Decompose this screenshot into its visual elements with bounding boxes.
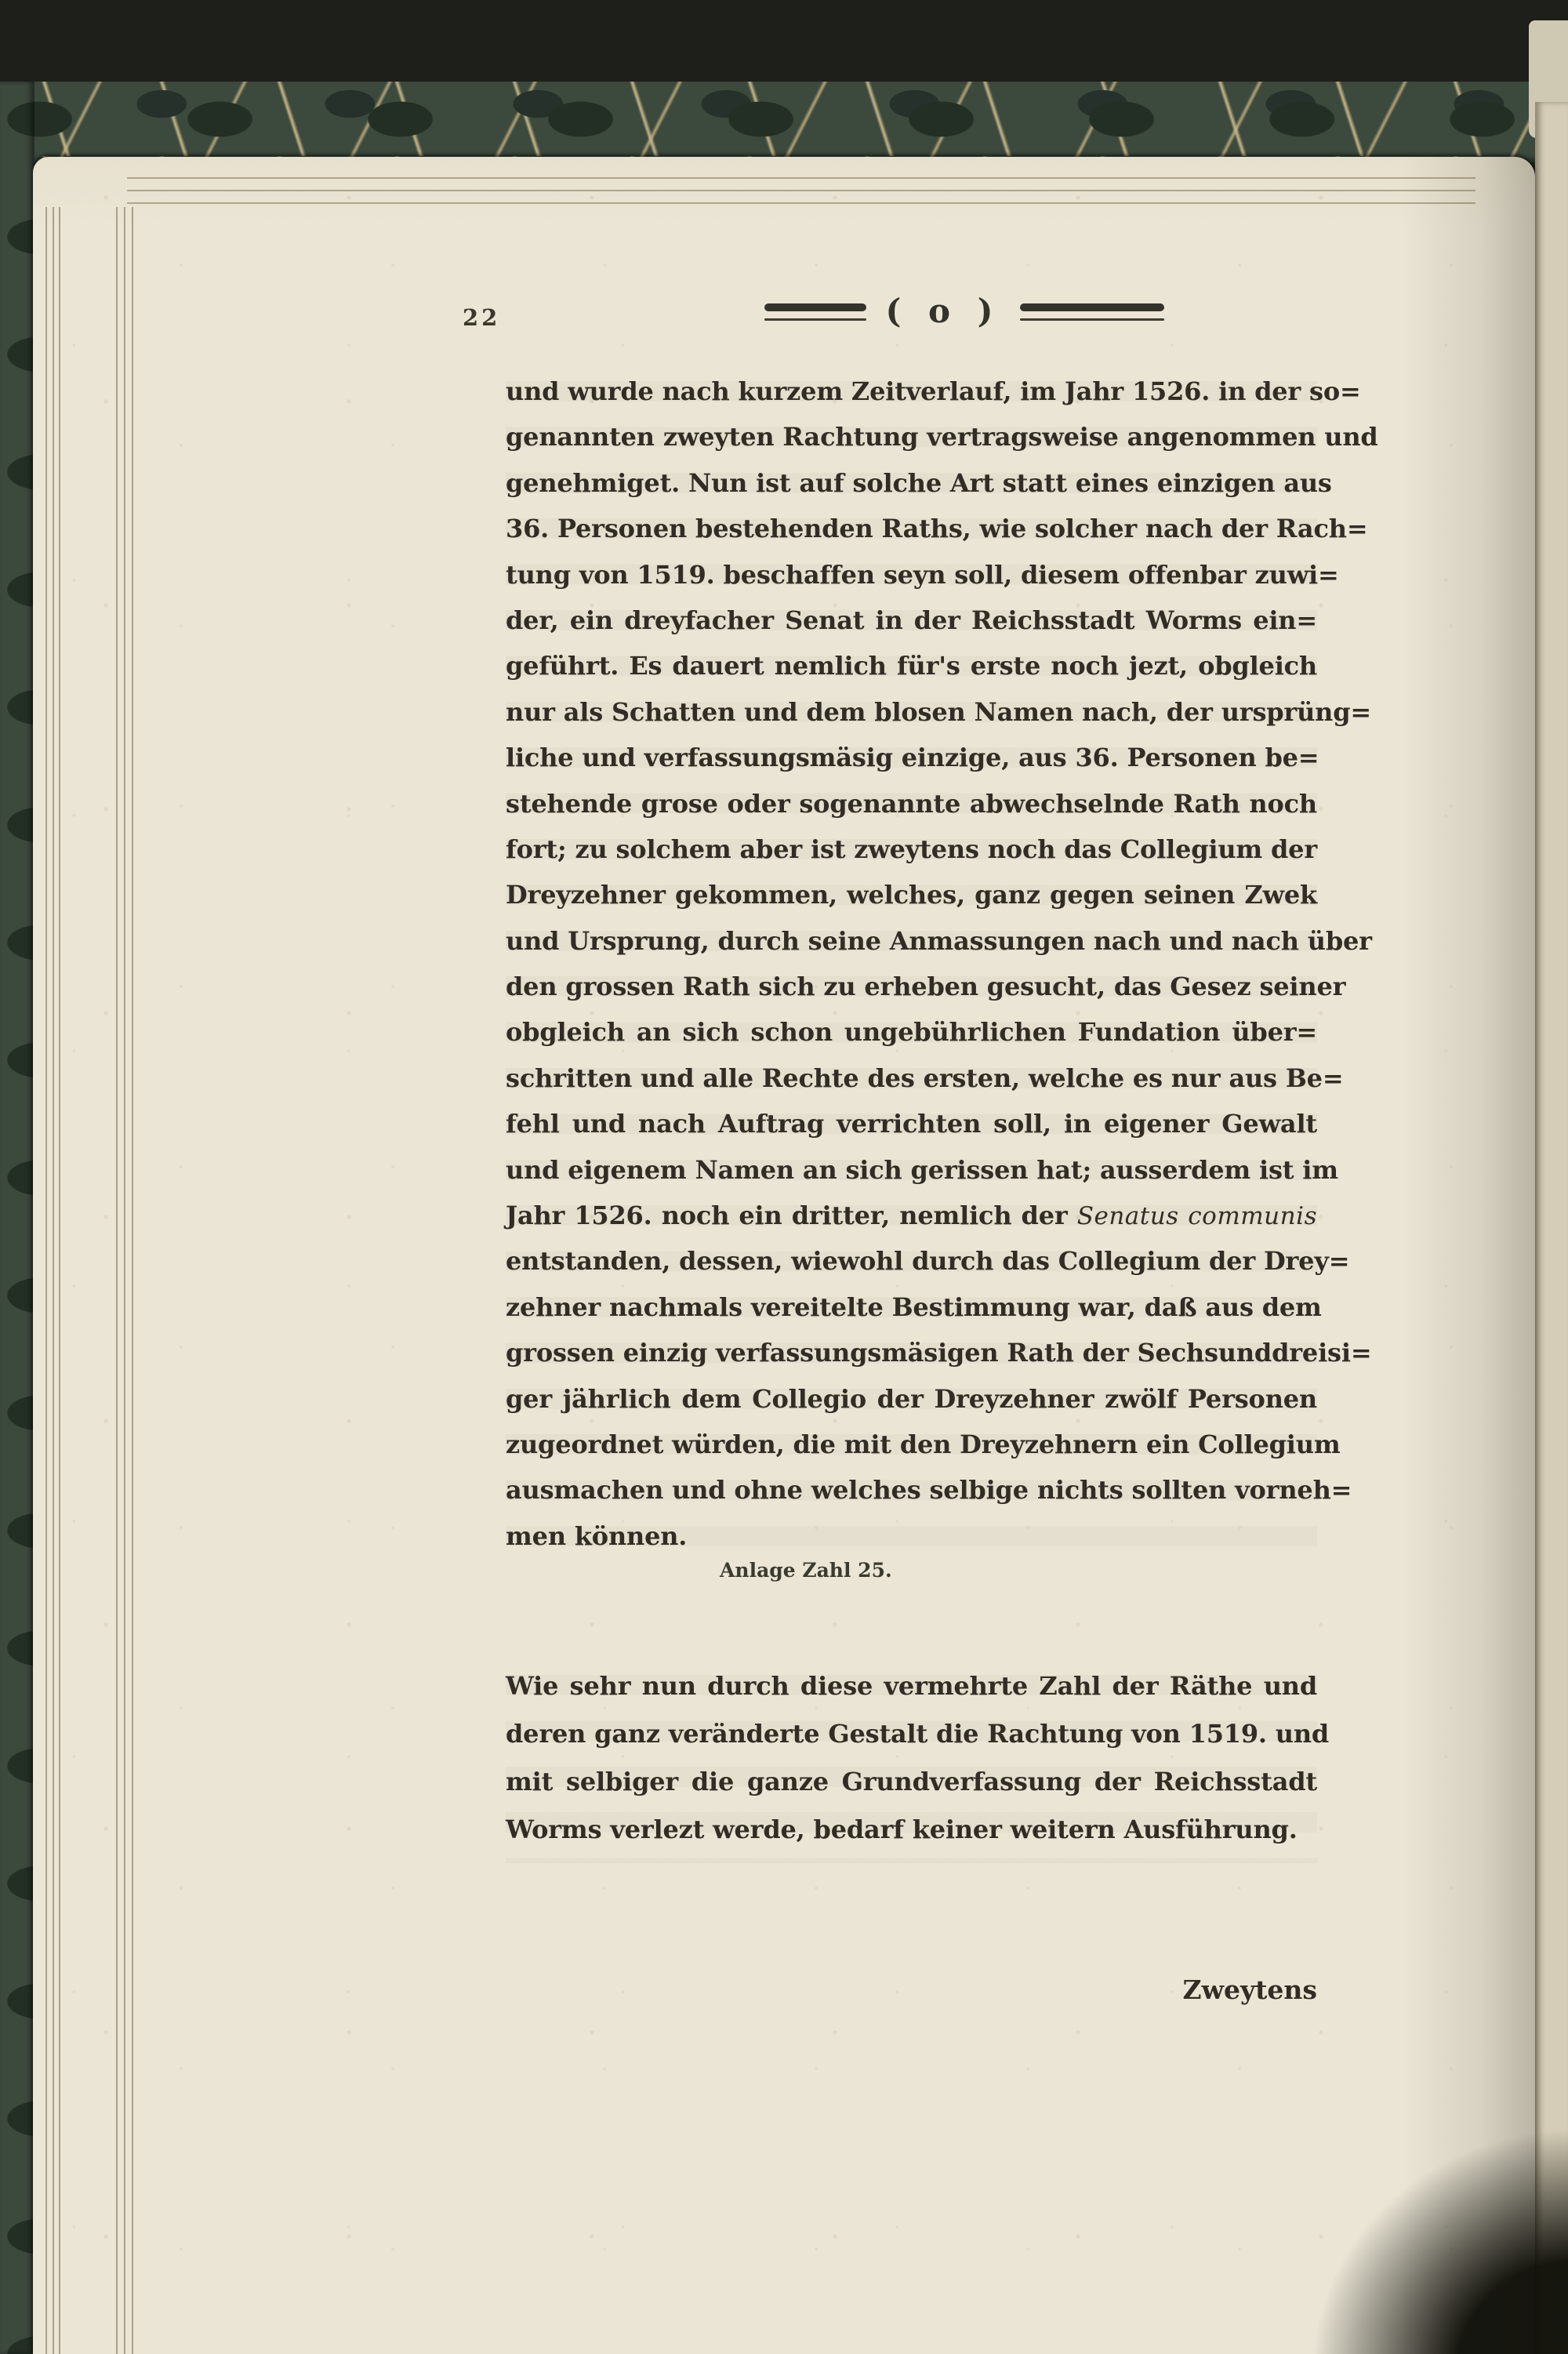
section-note: Anlage Zahl 25. bbox=[720, 1559, 892, 1582]
catchword-row: Zweytens bbox=[506, 1974, 1317, 2005]
text-line: fehl und nach Auftrag verrichten soll, i… bbox=[506, 1101, 1317, 1146]
text-line: ausmachen und ohne welches selbige nicht… bbox=[506, 1467, 1317, 1513]
header-ornament: ( o ) bbox=[764, 289, 1164, 336]
ornament-rules-left bbox=[764, 303, 866, 321]
ornament-rule-thin bbox=[764, 318, 866, 321]
paragraph-1: und wurde nach kurzem Zeitverlauf, im Ja… bbox=[506, 369, 1317, 1559]
text-line: Jahr 1526. noch ein dritter, nemlich der… bbox=[506, 1193, 1317, 1238]
text-line: fort; zu solchem aber ist zweytens noch … bbox=[506, 826, 1317, 872]
ornament-rule-thick bbox=[1020, 303, 1164, 311]
text-line: Dreyzehner gekommen, welches, ganz gegen… bbox=[506, 872, 1317, 917]
text-line: genehmiget. Nun ist auf solche Art statt… bbox=[506, 460, 1317, 506]
text-line: grossen einzig verfassungsmäsigen Rath d… bbox=[506, 1330, 1317, 1375]
text-line: zugeordnet würden, die mit den Dreyzehne… bbox=[506, 1422, 1317, 1467]
next-page-fore-edge bbox=[1535, 102, 1568, 2354]
page-edge-line bbox=[124, 207, 125, 2354]
text-line: ger jährlich dem Collegio der Dreyzehner… bbox=[506, 1376, 1317, 1422]
text-line: genannten zweyten Rachtung vertragsweise… bbox=[506, 414, 1317, 460]
gutter-shadow bbox=[1402, 157, 1535, 2354]
book-cover-edge-top bbox=[0, 82, 1568, 163]
corner-shadow bbox=[1309, 2127, 1568, 2354]
text-line: Worms verlezt werde, bedarf keiner weite… bbox=[506, 1806, 1317, 1854]
text-line: Wie sehr nun durch diese vermehrte Zahl … bbox=[506, 1662, 1317, 1710]
page-edge-line bbox=[59, 207, 60, 2354]
book-page-scan: 22 ( o ) und wurde nach kurzem Zeitverla… bbox=[0, 0, 1568, 2354]
page-edge-line bbox=[127, 177, 1475, 179]
text-line: und Ursprung, durch seine Anmassungen na… bbox=[506, 918, 1317, 964]
ornament-rules-right bbox=[1020, 303, 1164, 321]
text-line: den grossen Rath sich zu erheben gesucht… bbox=[506, 964, 1317, 1009]
ornament-center-mark: ( o ) bbox=[866, 292, 1020, 330]
catchword: Zweytens bbox=[1183, 1974, 1317, 2005]
text-line: deren ganz veränderte Gestalt die Rachtu… bbox=[506, 1710, 1317, 1758]
text-line: und eigenem Namen an sich gerissen hat; … bbox=[506, 1147, 1317, 1193]
page-edge-line bbox=[53, 207, 54, 2354]
page-edge-line bbox=[116, 207, 118, 2354]
page: 22 ( o ) und wurde nach kurzem Zeitverla… bbox=[33, 157, 1535, 2354]
text-line: mit selbiger die ganze Grundverfassung d… bbox=[506, 1758, 1317, 1806]
text-line: der, ein dreyfacher Senat in der Reichss… bbox=[506, 598, 1317, 643]
page-edge-line bbox=[127, 202, 1475, 204]
page-number: 22 bbox=[463, 304, 500, 331]
text-line: schritten und alle Rechte des ersten, we… bbox=[506, 1055, 1317, 1101]
text-line: stehende grose oder sogenannte abwechsel… bbox=[506, 781, 1317, 826]
text-line: liche und verfassungsmäsig einzige, aus … bbox=[506, 735, 1317, 780]
ornament-rule-thick bbox=[764, 303, 866, 311]
page-edge-line bbox=[132, 207, 133, 2354]
text-line: zehner nachmals vereitelte Bestimmung wa… bbox=[506, 1284, 1317, 1330]
text-line: entstanden, dessen, wiewohl durch das Co… bbox=[506, 1238, 1317, 1284]
text-line: obgleich an sich schon ungebührlichen Fu… bbox=[506, 1009, 1317, 1055]
page-edge-line bbox=[45, 207, 47, 2354]
text-line: geführt. Es dauert nemlich für's erste n… bbox=[506, 643, 1317, 688]
latin-phrase: Senatus communis bbox=[1077, 1202, 1317, 1230]
ornament-rule-thin bbox=[1020, 318, 1164, 321]
text-line: tung von 1519. beschaffen seyn soll, die… bbox=[506, 552, 1317, 598]
paragraph-2: Wie sehr nun durch diese vermehrte Zahl … bbox=[506, 1662, 1317, 1854]
text-line: men können. bbox=[506, 1513, 1317, 1559]
page-edge-line bbox=[127, 190, 1475, 191]
book-cover-edge-left bbox=[0, 82, 34, 2354]
text-line: und wurde nach kurzem Zeitverlauf, im Ja… bbox=[506, 369, 1317, 414]
text-line: nur als Schatten und dem blosen Namen na… bbox=[506, 689, 1317, 735]
text-line: 36. Personen bestehenden Raths, wie solc… bbox=[506, 506, 1317, 551]
